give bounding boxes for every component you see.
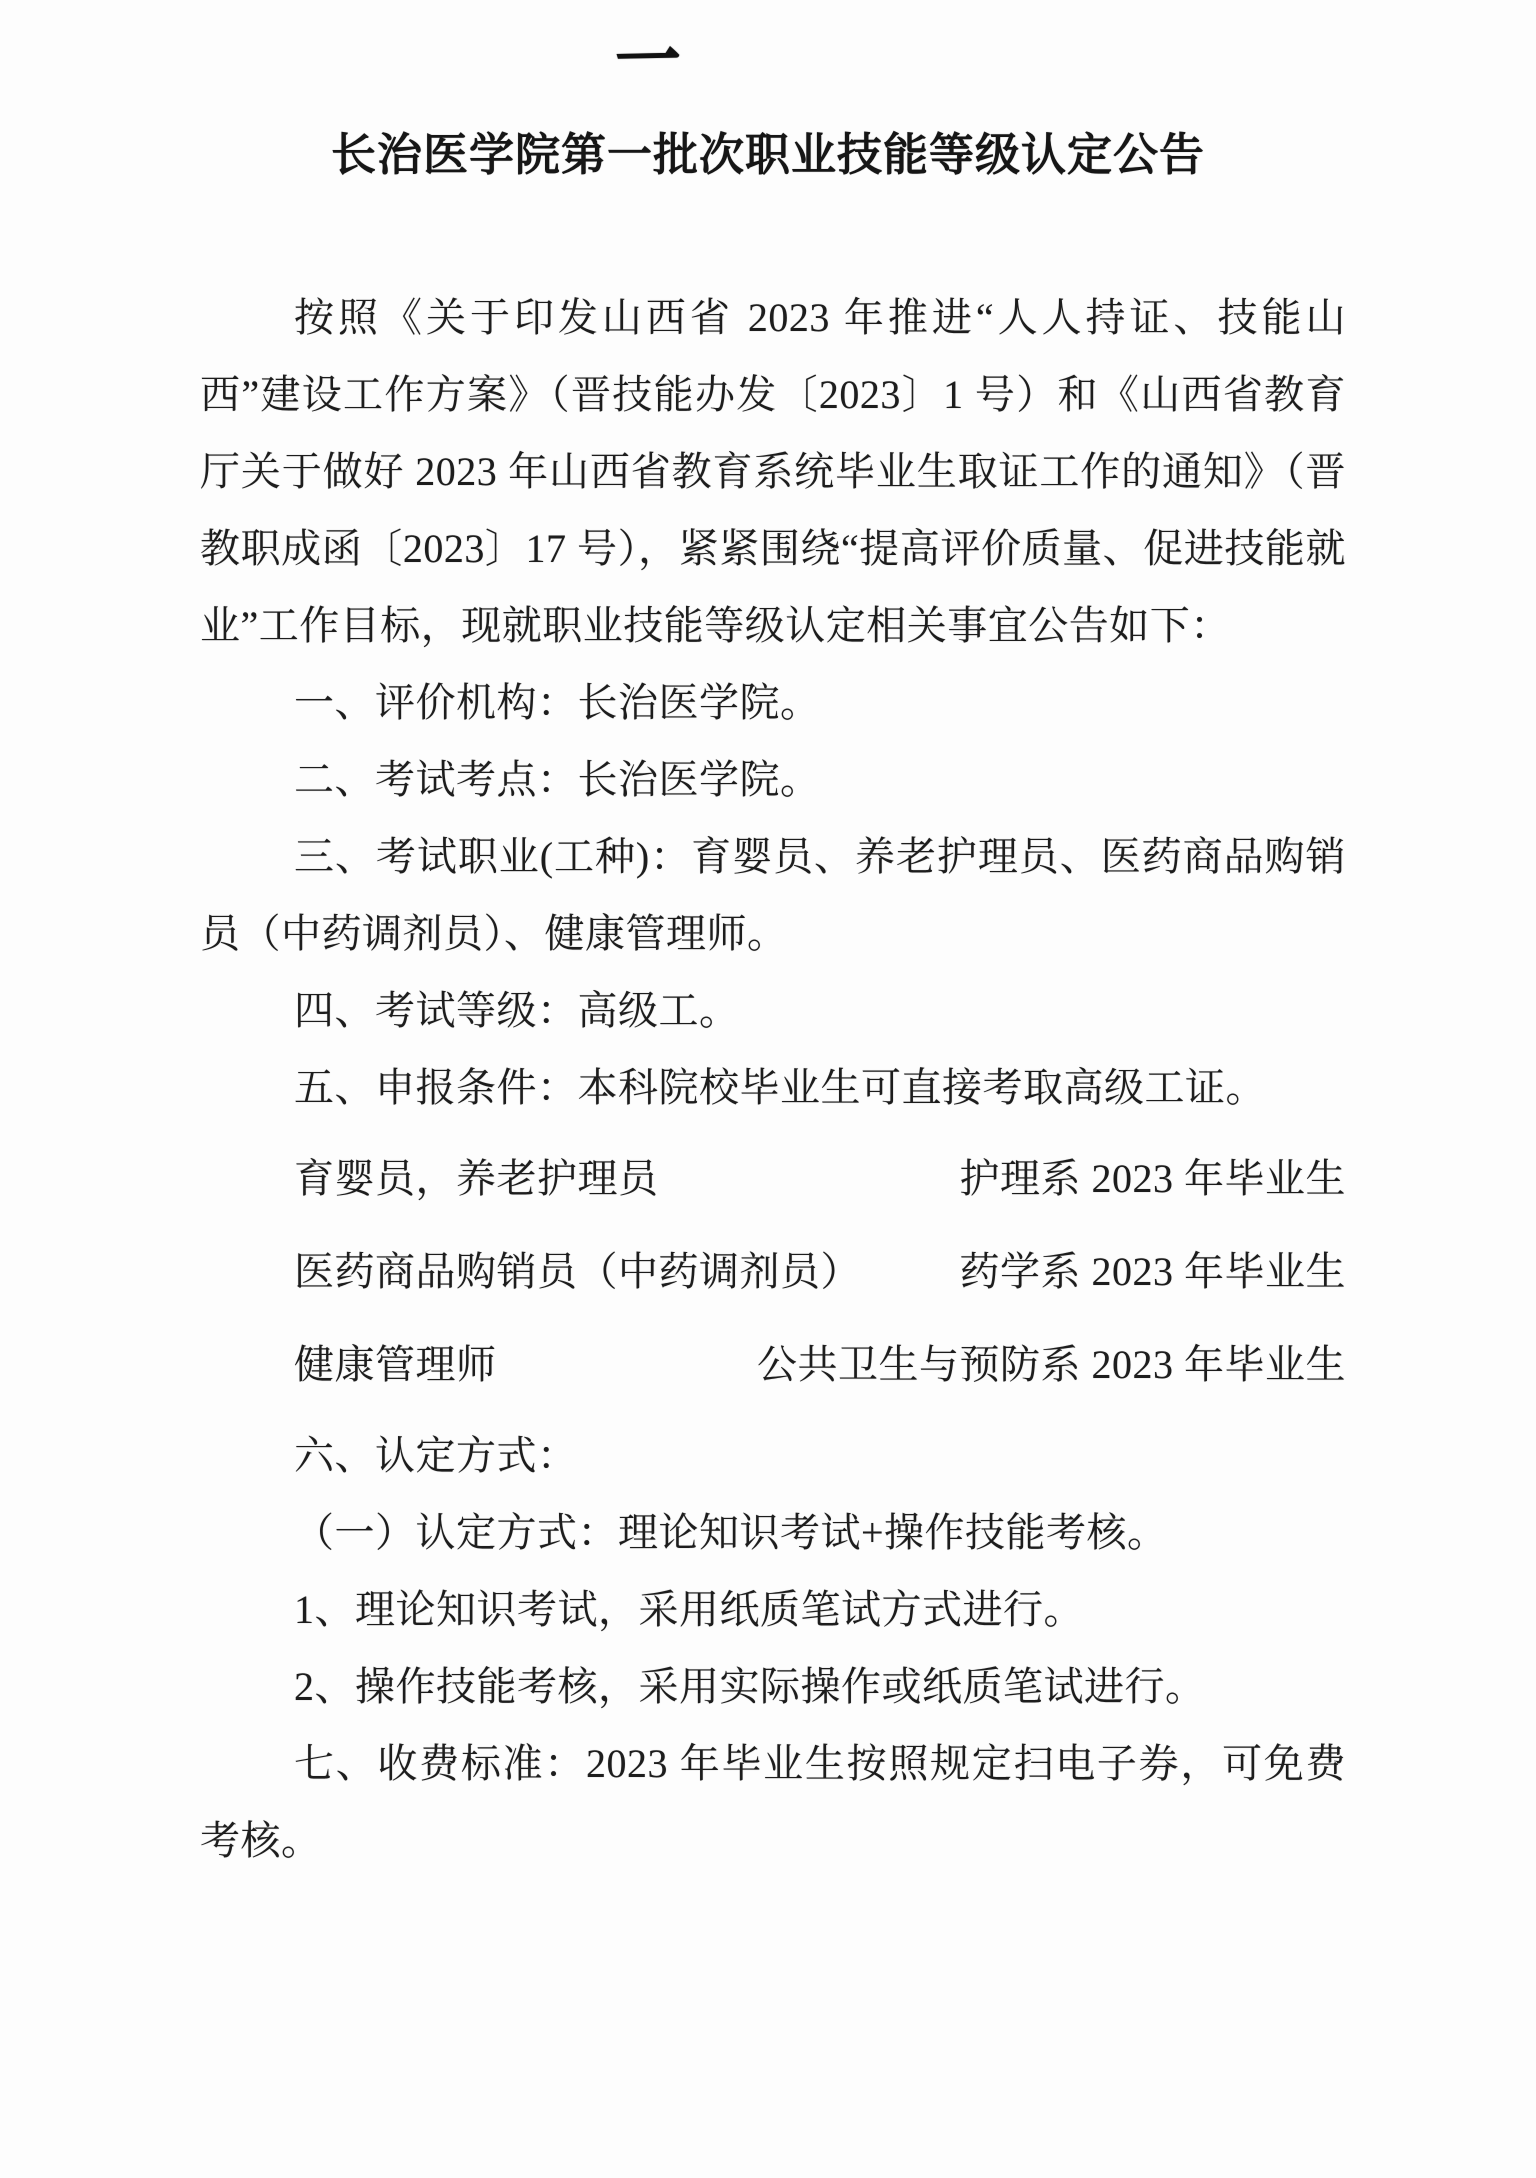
table-row: 健康管理师 公共卫生与预防系 2023 年毕业生 [200,1318,1346,1411]
occupation-cell: 健康管理师 [294,1318,497,1411]
item-skill-assessment: 2、操作技能考核，采用实际操作或纸质笔试进行。 [200,1648,1346,1725]
item-evaluation-org: 一、评价机构：长治医学院。 [200,664,1346,741]
item-exam-site: 二、考试考点：长治医学院。 [200,741,1346,818]
item-theory-exam: 1、理论知识考试，采用纸质笔试方式进行。 [200,1571,1346,1648]
department-cell: 公共卫生与预防系 2023 年毕业生 [757,1318,1346,1411]
document-body: 按照《关于印发山西省 2023 年推进“人人持证、技能山西”建设工作方案》（晋技… [200,279,1346,1879]
occupation-cell: 医药商品购销员（中药调剂员） [294,1225,861,1318]
item-certification-method-heading: 六、认定方式： [200,1417,1346,1494]
intro-paragraph: 按照《关于印发山西省 2023 年推进“人人持证、技能山西”建设工作方案》（晋技… [200,279,1346,664]
item-exam-occupations: 三、考试职业(工种)：育婴员、养老护理员、医药商品购销员（中药调剂员）、健康管理… [200,818,1346,972]
department-cell: 护理系 2023 年毕业生 [960,1132,1347,1225]
item-fee-standard: 七、收费标准：2023 年毕业生按照规定扫电子券，可免费考核。 [200,1725,1346,1879]
item-application-conditions: 五、申报条件：本科院校毕业生可直接考取高级工证。 [200,1049,1346,1126]
occupation-department-table: 育婴员，养老护理员 护理系 2023 年毕业生 医药商品购销员（中药调剂员） 药… [200,1132,1346,1411]
occupation-cell: 育婴员，养老护理员 [294,1132,659,1225]
document-title: 长治医学院第一批次职业技能等级认定公告 [0,118,1536,183]
department-cell: 药学系 2023 年毕业生 [960,1225,1347,1318]
table-row: 医药商品购销员（中药调剂员） 药学系 2023 年毕业生 [200,1225,1346,1318]
item-exam-level: 四、考试等级：高级工。 [200,972,1346,1049]
document-page: 一 长治医学院第一批次职业技能等级认定公告 按照《关于印发山西省 2023 年推… [0,0,1536,2178]
handwritten-page-number: 一 [614,24,682,101]
table-row: 育婴员，养老护理员 护理系 2023 年毕业生 [200,1132,1346,1225]
item-certification-method-detail: （一）认定方式：理论知识考试+操作技能考核。 [200,1494,1346,1571]
